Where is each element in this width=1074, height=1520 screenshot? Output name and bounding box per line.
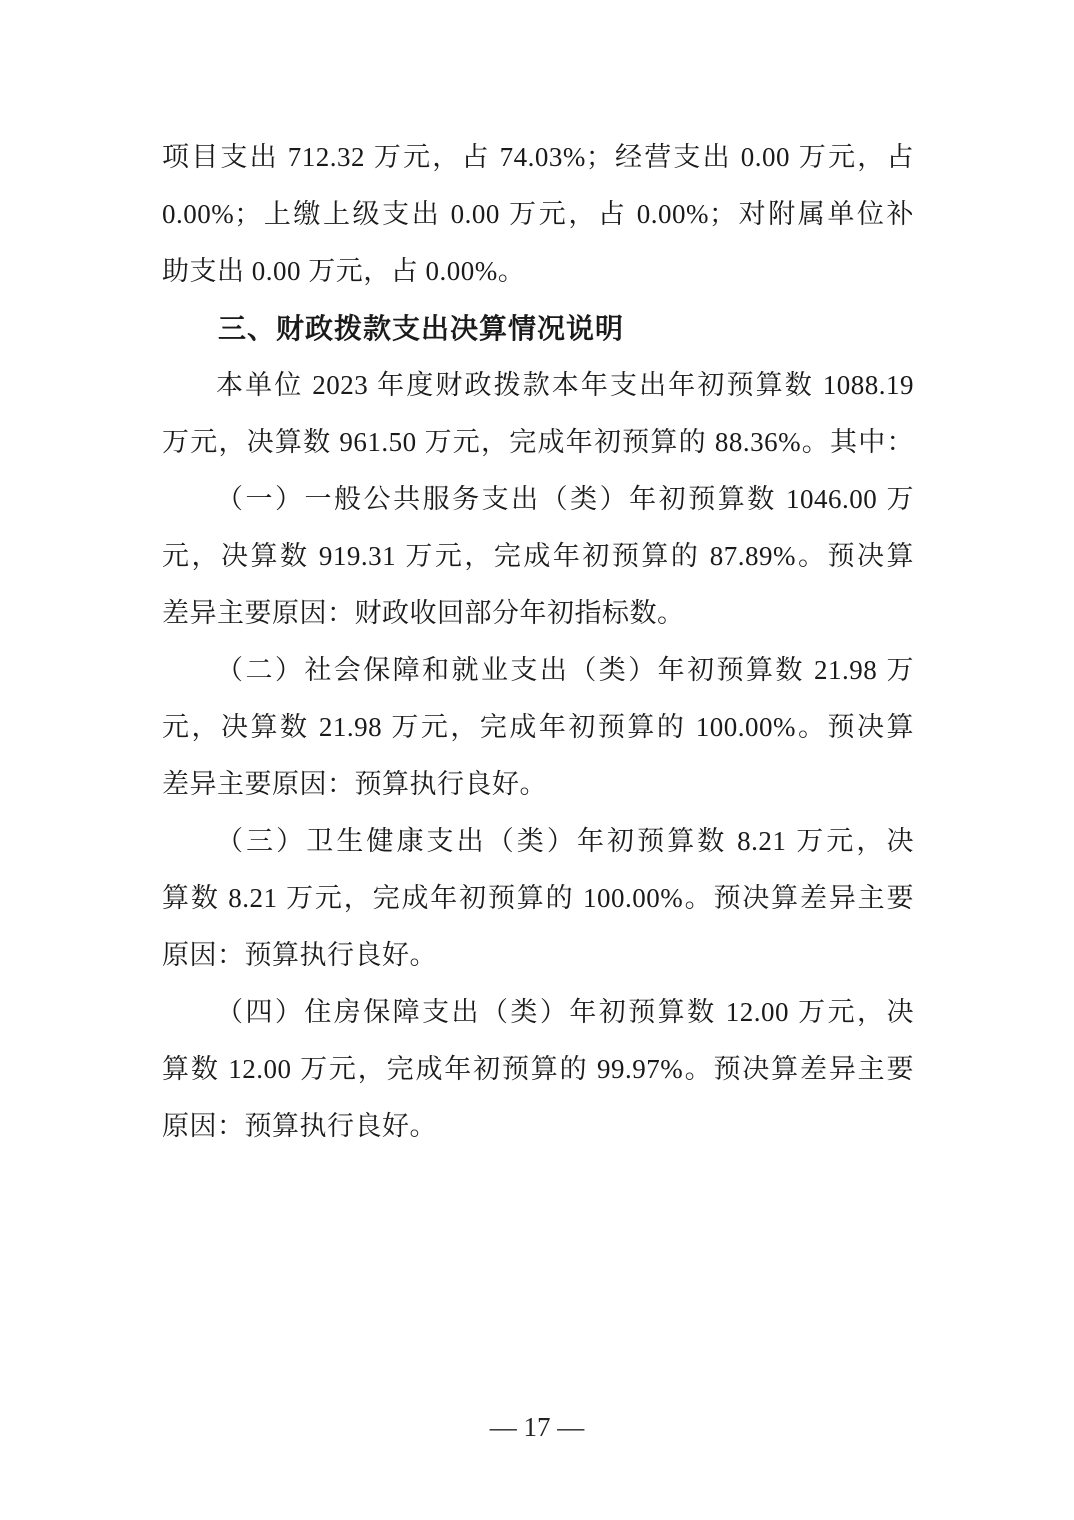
text-line: 本单位 2023 年度财政拨款本年支出年初预算数 1088.19 xyxy=(162,357,914,414)
text-line: 差异主要原因：预算执行良好。 xyxy=(162,756,914,813)
page-number: — 17 — xyxy=(490,1412,585,1442)
text-line: 算数 8.21 万元，完成年初预算的 100.00%。预决算差异主要 xyxy=(162,870,914,927)
text-line: 原因：预算执行良好。 xyxy=(162,927,914,984)
document-body: 项目支出 712.32 万元，占 74.03%；经营支出 0.00 万元，占 0… xyxy=(162,129,914,1155)
text-line: 元，决算数 919.31 万元，完成年初预算的 87.89%。预决算 xyxy=(162,528,914,585)
text-line: 0.00%；上缴上级支出 0.00 万元，占 0.00%；对附属单位补 xyxy=(162,186,914,243)
text-line: （三）卫生健康支出（类）年初预算数 8.21 万元，决 xyxy=(162,813,914,870)
text-line: 元，决算数 21.98 万元，完成年初预算的 100.00%。预决算 xyxy=(162,699,914,756)
text-line: （二）社会保障和就业支出（类）年初预算数 21.98 万 xyxy=(162,642,914,699)
text-line: 项目支出 712.32 万元，占 74.03%；经营支出 0.00 万元，占 xyxy=(162,129,914,186)
document-page: 项目支出 712.32 万元，占 74.03%；经营支出 0.00 万元，占 0… xyxy=(0,0,1074,1520)
text-line: 助支出 0.00 万元，占 0.00%。 xyxy=(162,243,914,300)
text-line: 原因：预算执行良好。 xyxy=(162,1098,914,1155)
text-line: （四）住房保障支出（类）年初预算数 12.00 万元，决 xyxy=(162,984,914,1041)
section-heading: 三、财政拨款支出决算情况说明 xyxy=(162,300,914,357)
text-line: （一）一般公共服务支出（类）年初预算数 1046.00 万 xyxy=(162,471,914,528)
text-line: 算数 12.00 万元，完成年初预算的 99.97%。预决算差异主要 xyxy=(162,1041,914,1098)
text-line: 差异主要原因：财政收回部分年初指标数。 xyxy=(162,585,914,642)
page-footer: — 17 — xyxy=(0,1405,1074,1449)
text-line: 万元，决算数 961.50 万元，完成年初预算的 88.36%。其中： xyxy=(162,414,914,471)
